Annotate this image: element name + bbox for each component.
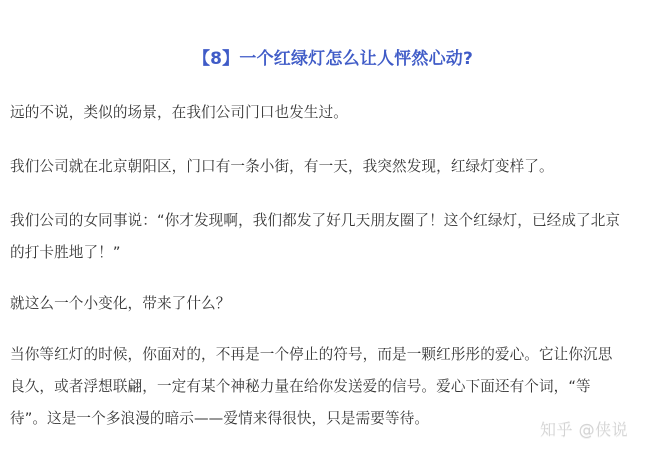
paragraph-4: 就这么一个小变化，带来了什么？ xyxy=(10,288,660,320)
paragraph-line: 远的不说，类似的场景，在我们公司门口也发生过。 xyxy=(10,97,660,129)
paragraph-1: 远的不说，类似的场景，在我们公司门口也发生过。 xyxy=(10,97,660,129)
zhihu-watermark: 知乎 @侠说 xyxy=(540,418,628,442)
paragraph-3: 我们公司的女同事说：“你才发现啊，我们都发了好几天朋友圈了！这个红绿灯，已经成了… xyxy=(10,205,660,269)
paragraph-2: 我们公司就在北京朝阳区，门口有一条小街，有一天，我突然发现，红绿灯变样了。 xyxy=(10,151,660,183)
paragraph-line: 就这么一个小变化，带来了什么？ xyxy=(10,288,660,320)
article-content: 【8】一个红绿灯怎么让人怦然心动? 远的不说，类似的场景，在我们公司门口也发生过… xyxy=(0,0,666,459)
paragraph-line: 的打卡胜地了！” xyxy=(10,237,660,269)
paragraph-line: 我们公司的女同事说：“你才发现啊，我们都发了好几天朋友圈了！这个红绿灯，已经成了… xyxy=(10,205,660,237)
paragraph-line: 当你等红灯的时候，你面对的，不再是一个停止的符号，而是一颗红彤彤的爱心。它让你沉… xyxy=(10,339,660,371)
section-heading: 【8】一个红绿灯怎么让人怦然心动? xyxy=(0,47,666,71)
paragraph-line: 良久，或者浮想联翩，一定有某个神秘力量在给你发送爱的信号。爱心下面还有个词，“等 xyxy=(10,371,660,403)
paragraph-line: 我们公司就在北京朝阳区，门口有一条小街，有一天，我突然发现，红绿灯变样了。 xyxy=(10,151,660,183)
